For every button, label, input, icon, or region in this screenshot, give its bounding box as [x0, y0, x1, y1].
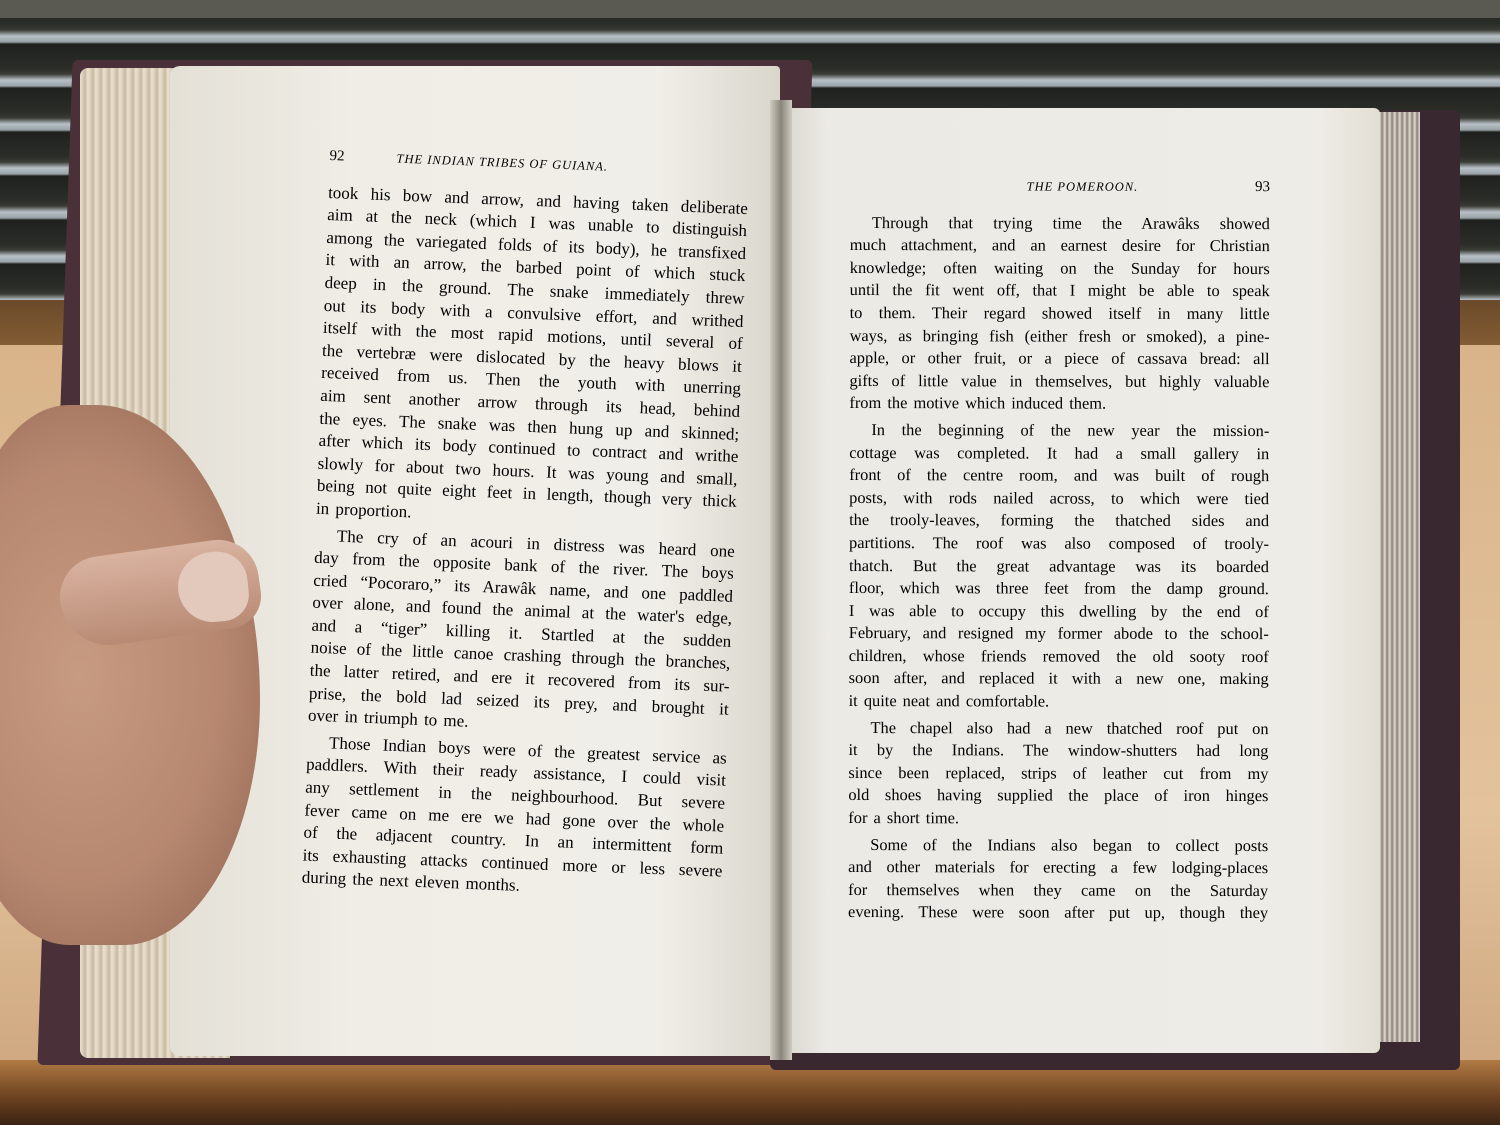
paragraph: The cry of an acouri in distress was hea… — [308, 524, 735, 743]
text-line: soon after, and replaced it with a new o… — [849, 667, 1269, 691]
window-frame — [0, 0, 1500, 18]
paragraph: The chapel also had a new thatched roof … — [848, 717, 1268, 831]
paragraph: Through that trying time the Arawâks sho… — [849, 212, 1270, 416]
text-line: evening. These were soon after put up, t… — [848, 901, 1268, 925]
page-number: 93 — [1255, 176, 1270, 199]
text-line: front of the centre room, and was built … — [849, 464, 1269, 488]
text-line: since been replaced, strips of leather c… — [848, 762, 1268, 786]
text-line: gifts of little value in themselves, but… — [849, 370, 1269, 394]
right-paragraphs: Through that trying time the Arawâks sho… — [848, 212, 1270, 926]
text-line: to them. Their regard showed itself in m… — [850, 302, 1270, 326]
text-line: In the beginning of the new year the mis… — [849, 419, 1269, 443]
text-line: old shoes having supplied the place of i… — [848, 784, 1268, 808]
text-line: ways, as bringing fish (either fresh or … — [850, 325, 1270, 349]
text-line: apple, or other fruit, or a piece of cas… — [849, 347, 1269, 371]
paragraph: took his bow and arrow, and having taken… — [316, 182, 749, 537]
text-line: The chapel also had a new thatched roof … — [849, 717, 1269, 741]
text-line: from the motive which induced them. — [849, 392, 1269, 416]
paragraph: Those Indian boys were of the greatest s… — [301, 731, 727, 905]
text-line: knowledge; often waiting on the Sunday f… — [850, 257, 1270, 281]
text-line: children, whose friends removed the old … — [849, 645, 1269, 669]
text-line: Through that trying time the Arawâks sho… — [850, 212, 1270, 236]
text-line: partitions. The roof was also composed o… — [849, 532, 1269, 556]
text-line: floor, which was three feet from the dam… — [849, 577, 1269, 601]
text-line: for themselves when they came on the Sat… — [848, 879, 1268, 903]
right-page-text: THE POMEROON. 93 Through that trying tim… — [848, 175, 1270, 929]
running-head-title: THE POMEROON. — [850, 175, 1255, 199]
paragraph: In the beginning of the new year the mis… — [849, 419, 1270, 714]
paragraph: Some of the Indians also began to collec… — [848, 834, 1268, 925]
text-line: it quite neat and comfortable. — [849, 690, 1269, 714]
text-line: much attachment, and an earnest desire f… — [850, 234, 1270, 258]
text-line: February, and resigned my former abode t… — [849, 622, 1269, 646]
text-line: thatch. But the great advantage was its … — [849, 554, 1269, 578]
book-gutter — [770, 100, 792, 1060]
text-line: I was able to occupy this dwelling by th… — [849, 600, 1269, 624]
page-number: 92 — [329, 145, 345, 168]
right-running-head: THE POMEROON. 93 — [850, 175, 1270, 199]
text-line: cottage was completed. It had a small ga… — [849, 442, 1269, 466]
text-line: and other materials for erecting a few l… — [848, 856, 1268, 880]
left-paragraphs: took his bow and arrow, and having taken… — [301, 182, 748, 906]
text-line: posts, with rods nailed across, to which… — [849, 487, 1269, 511]
text-line: until the fit went off, that I might be … — [850, 279, 1270, 303]
text-line: it by the Indians. The window-shutters h… — [848, 739, 1268, 763]
text-line: for a short time. — [848, 807, 1268, 831]
left-page-text: 92 THE INDIAN TRIBES OF GUIANA. took his… — [301, 145, 749, 910]
text-line: the trooly-leaves, forming the thatched … — [849, 509, 1269, 533]
text-line: Some of the Indians also began to collec… — [848, 834, 1268, 858]
